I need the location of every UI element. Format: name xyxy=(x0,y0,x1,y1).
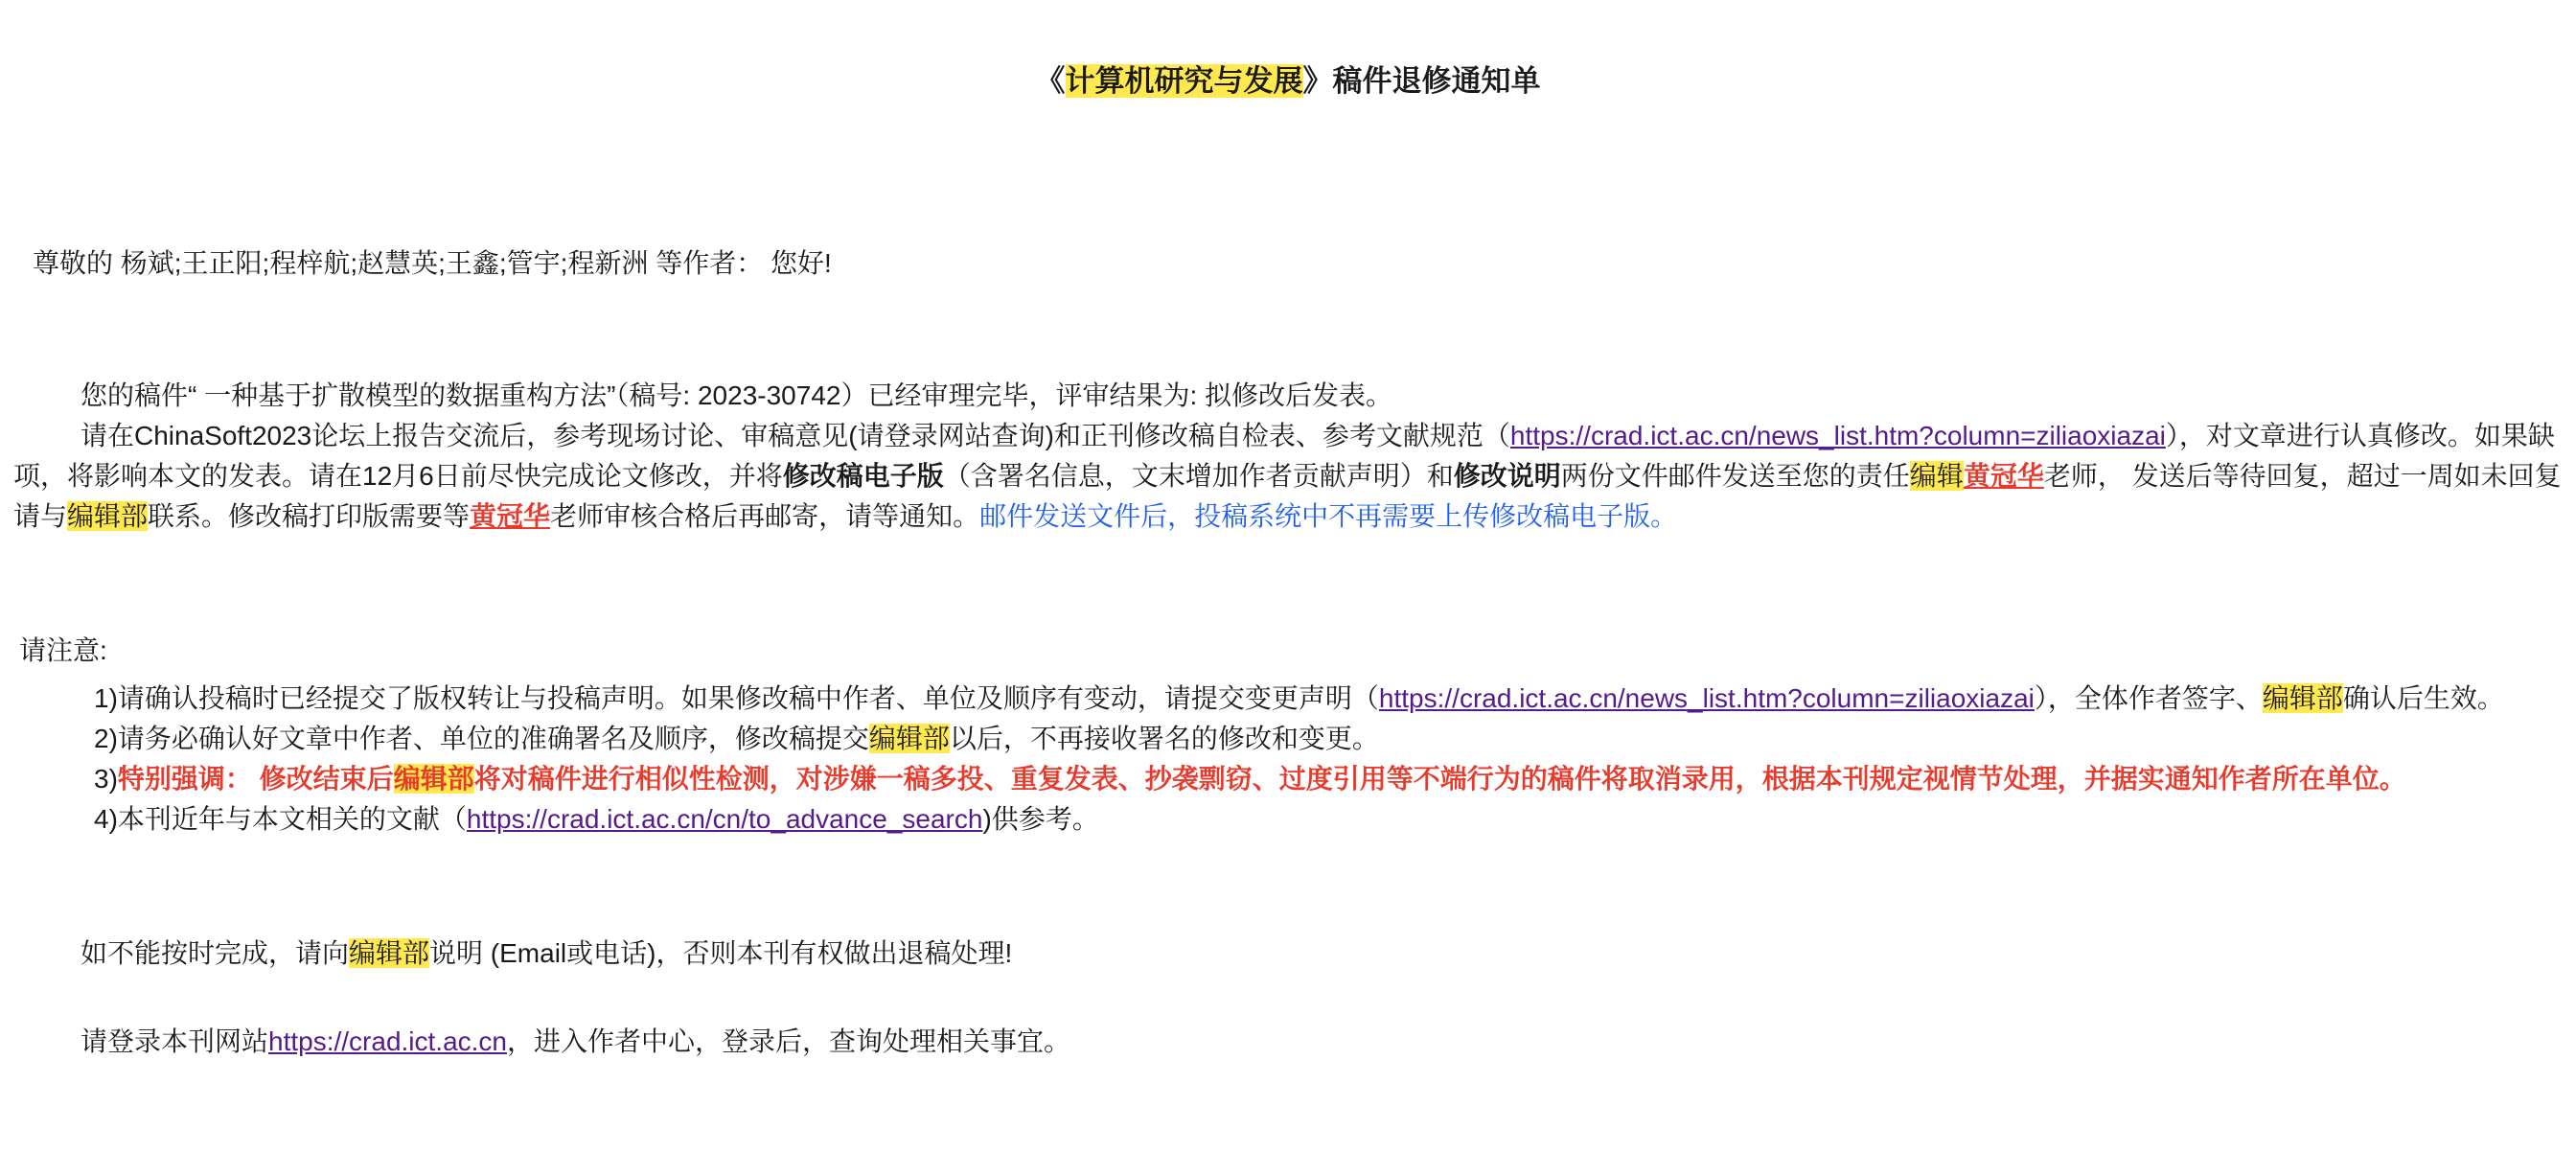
text-segment: 2)请务必确认好文章中作者、单位的准确署名及顺序，修改稿提交 xyxy=(94,724,869,753)
text-segment: 编辑部 xyxy=(869,724,950,753)
document-title: 《计算机研究与发展》稿件退修通知单 xyxy=(13,0,2563,102)
text-segment: 编辑部 xyxy=(67,501,148,531)
text-segment: 计算机研究与发展 xyxy=(1066,64,1303,98)
text-segment: 修改稿电子版 xyxy=(783,461,944,491)
review-result-paragraph: 您的稿件“ 一种基于扩散模型的数据重构方法”（稿号: 2023-30742）已经… xyxy=(13,376,2563,416)
text-segment: 确认后生效。 xyxy=(2343,683,2504,713)
text-segment: 编辑部 xyxy=(394,764,474,794)
text-segment: )供参考。 xyxy=(982,804,1098,834)
text-segment: 以后，不再接收署名的修改和变更。 xyxy=(950,724,1379,753)
text-segment: 黄冠华 xyxy=(470,501,550,531)
greeting-line: 尊敬的 杨斌;王正阳;程梓航;赵慧英;王鑫;管宇;程新洲 等作者： 您好! xyxy=(13,243,2563,284)
text-segment: 修改说明 xyxy=(1454,461,1561,491)
text-segment: 请登录本刊网站 xyxy=(80,1026,268,1056)
body-paragraphs: 您的稿件“ 一种基于扩散模型的数据重构方法”（稿号: 2023-30742）已经… xyxy=(13,376,2563,537)
notice-item-2: 2)请务必确认好文章中作者、单位的准确署名及顺序，修改稿提交编辑部以后，不再接收… xyxy=(13,719,2563,759)
text-segment: 《 xyxy=(1036,64,1066,98)
login-instruction: 请登录本刊网站https://crad.ict.ac.cn，进入作者中心，登录后… xyxy=(13,1022,2563,1062)
text-segment: 黄冠华 xyxy=(1964,461,2044,491)
text-segment: 邮件发送文件后，投稿系统中不再需要上传修改稿电子版。 xyxy=(979,501,1677,531)
notice-item-3: 3)特别强调： 修改结束后编辑部将对稿件进行相似性检测，对涉嫌一稿多投、重复发表… xyxy=(13,759,2563,799)
text-segment: 如不能按时完成，请向 xyxy=(80,938,349,968)
notice-item-4: 4)本刊近年与本文相关的文献（https://crad.ict.ac.cn/cn… xyxy=(13,799,2563,840)
text-segment: 请在ChinaSoft2023论坛上报告交流后，参考现场讨论、审稿意见(请登录网… xyxy=(80,421,1510,450)
text-segment: 1)请确认投稿时已经提交了版权转让与投稿声明。如果修改稿中作者、单位及顺序有变动… xyxy=(94,683,1379,713)
ziliaoxiazai-link[interactable]: https://crad.ict.ac.cn/news_list.htm?col… xyxy=(1510,421,2166,450)
text-segment: 编辑部 xyxy=(349,938,429,968)
text-segment: 特别强调： 修改结束后 xyxy=(118,764,394,794)
text-segment: 请注意: xyxy=(19,635,107,665)
deadline-warning: 如不能按时完成，请向编辑部说明 (Email或电话)，否则本刊有权做出退稿处理! xyxy=(13,933,2563,974)
advance-search-link[interactable]: https://crad.ict.ac.cn/cn/to_advance_sea… xyxy=(467,804,983,834)
text-segment: 两份文件邮件发送至您的责任 xyxy=(1561,461,1910,491)
notice-item-1: 1)请确认投稿时已经提交了版权转让与投稿声明。如果修改稿中作者、单位及顺序有变动… xyxy=(13,679,2563,719)
text-segment: 说明 (Email或电话)，否则本刊有权做出退稿处理! xyxy=(429,938,1012,968)
text-segment: 4)本刊近年与本文相关的文献（ xyxy=(94,804,467,834)
text-segment: （含署名信息，文末增加作者贡献声明）和 xyxy=(944,461,1454,491)
text-segment: 联系。修改稿打印版需要等 xyxy=(148,501,470,531)
text-segment: 将对稿件进行相似性检测，对涉嫌一稿多投、重复发表、抄袭剽窃、过度引用等不端行为的… xyxy=(474,764,2406,794)
text-segment: 老师审核合格后再邮寄，请等通知。 xyxy=(550,501,979,531)
notice-list: 1)请确认投稿时已经提交了版权转让与投稿声明。如果修改稿中作者、单位及顺序有变动… xyxy=(13,679,2563,840)
text-segment: ），全体作者签字、 xyxy=(2035,683,2263,713)
text-segment: 尊敬的 杨斌;王正阳;程梓航;赵慧英;王鑫;管宇;程新洲 等作者： 您好! xyxy=(33,248,832,278)
text-segment: 编辑部 xyxy=(2263,683,2343,713)
notice-document: 《计算机研究与发展》稿件退修通知单 尊敬的 杨斌;王正阳;程梓航;赵慧英;王鑫;… xyxy=(0,0,2576,1152)
text-segment: 》稿件退修通知单 xyxy=(1303,64,1541,98)
text-segment: 3) xyxy=(94,764,118,794)
revision-instructions-paragraph: 请在ChinaSoft2023论坛上报告交流后，参考现场讨论、审稿意见(请登录网… xyxy=(13,416,2563,537)
text-segment: 您的稿件“ 一种基于扩散模型的数据重构方法”（稿号: 2023-30742）已经… xyxy=(80,380,1392,410)
notice-heading: 请注意: xyxy=(13,631,2563,671)
ziliaoxiazai-link[interactable]: https://crad.ict.ac.cn/news_list.htm?col… xyxy=(1379,683,2035,713)
journal-home-link[interactable]: https://crad.ict.ac.cn xyxy=(268,1026,507,1056)
text-segment: 编辑 xyxy=(1910,461,1964,491)
text-segment: ，进入作者中心，登录后，查询处理相关事宜。 xyxy=(507,1026,1070,1056)
